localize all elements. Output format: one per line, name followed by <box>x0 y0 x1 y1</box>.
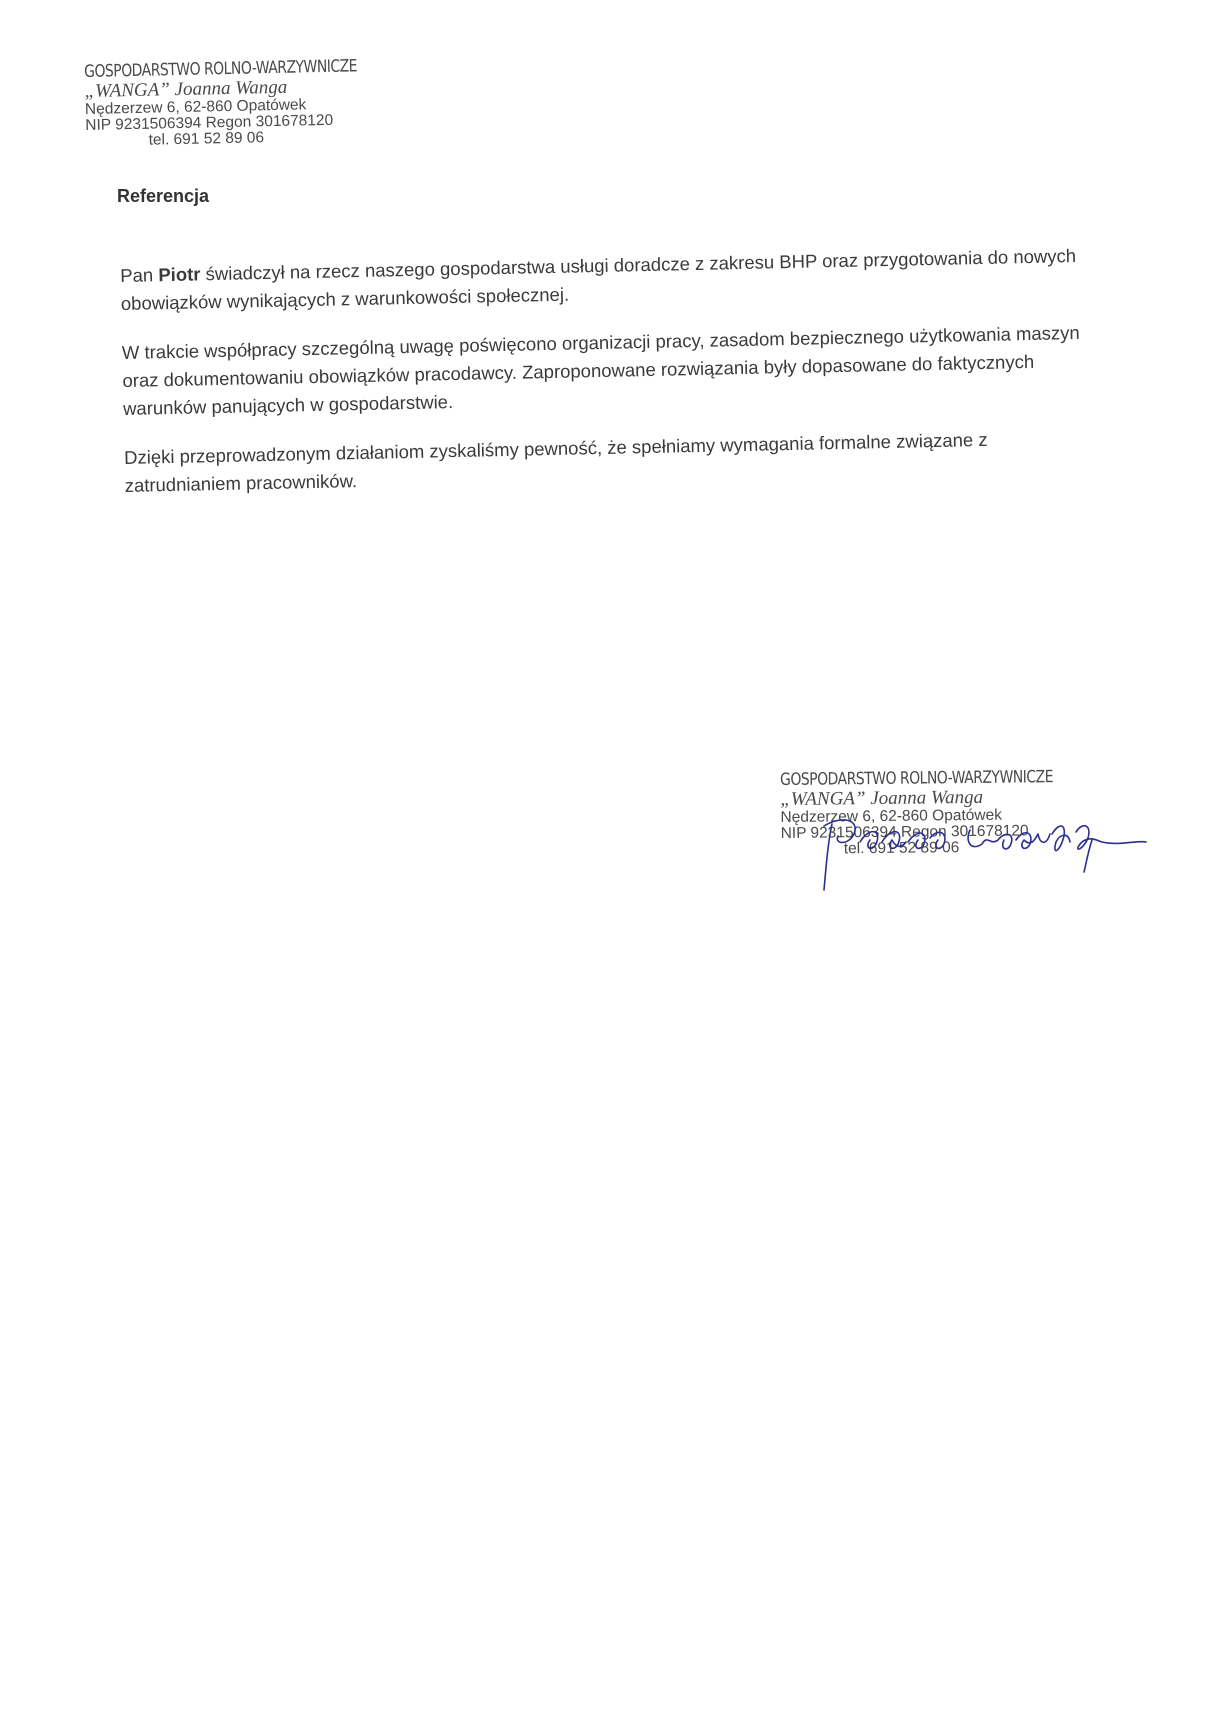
paragraph-1: Pan Piotr świadczył na rzecz naszego gos… <box>120 242 1081 318</box>
paragraph-3: Dzięki przeprowadzonym działaniom zyskal… <box>124 424 1085 500</box>
stamp-phone: tel. 691 52 89 06 <box>781 839 1114 859</box>
document-title: Referencja <box>117 186 209 207</box>
letterhead-stamp: GOSPODARSTWO ROLNO-WARZYWNICZE „WANGA” J… <box>84 57 419 151</box>
paragraph-1-text: świadczył na rzecz naszego gospodarstwa … <box>121 245 1077 314</box>
paragraph-2: W trakcie współpracy szczególną uwagę po… <box>122 319 1084 423</box>
signature-stamp: GOSPODARSTWO ROLNO-WARZYWNICZE „WANGA” J… <box>780 769 1114 859</box>
paragraph-1-prefix: Pan <box>120 264 158 286</box>
document-body: Pan Piotr świadczył na rzecz naszego gos… <box>120 242 1085 521</box>
stamp-company-type: GOSPODARSTWO ROLNO-WARZYWNICZE <box>780 769 1053 790</box>
person-name: Piotr <box>158 263 201 285</box>
